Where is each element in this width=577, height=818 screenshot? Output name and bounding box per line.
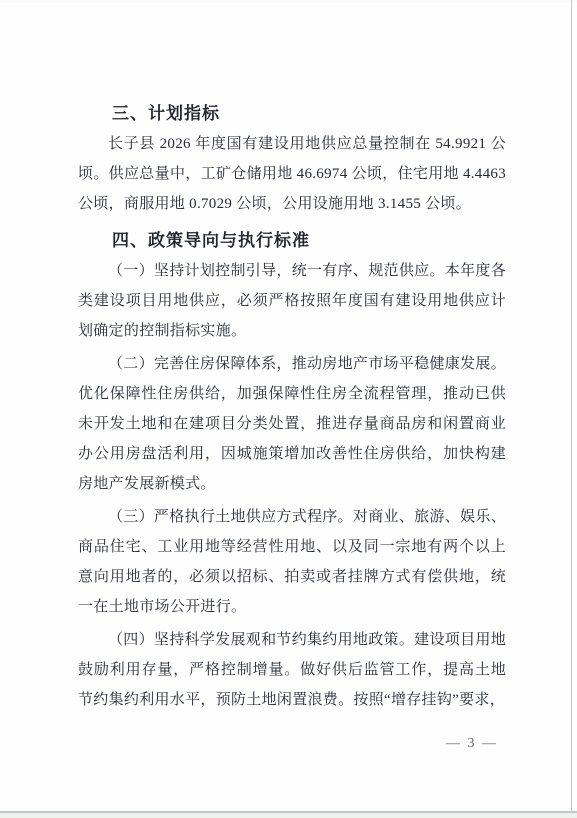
- page-number: — 3 —: [446, 736, 498, 752]
- document-body: 三、计划指标 长子县 2026 年度国有建设用地供应总量控制在 54.9921 …: [78, 99, 506, 715]
- scan-edge-top: [0, 0, 577, 3]
- scan-edge-bottom: [0, 811, 577, 818]
- scanned-document-screenshot: { "page": { "number_label": "— 3 —", "pa…: [0, 0, 577, 818]
- document-page: 三、计划指标 长子县 2026 年度国有建设用地供应总量控制在 54.9921 …: [0, 0, 577, 818]
- paragraph-policy-item-1: （一）坚持计划控制引导，统一有序、规范供应。本年度各类建设项目用地供应，必须严格…: [78, 256, 506, 346]
- paragraph-policy-item-2: （二）完善住房保障体系，推动房地产市场平稳健康发展。优化保障性住房供给，加强保障…: [78, 349, 506, 499]
- paragraph-supply-totals: 长子县 2026 年度国有建设用地供应总量控制在 54.9921 公顷。供应总量…: [78, 129, 506, 219]
- section-heading-policy-guidance: 四、政策导向与执行标准: [78, 226, 506, 256]
- section-heading-plan-indicators: 三、计划指标: [78, 99, 506, 129]
- scan-edge-right: [571, 0, 572, 818]
- paragraph-policy-item-3: （三）严格执行土地供应方式程序。对商业、旅游、娱乐、商品住宅、工业用地等经营性用…: [78, 502, 506, 622]
- paragraph-policy-item-4: （四）坚持科学发展观和节约集约用地政策。建设项目用地鼓励利用存量，严格控制增量。…: [78, 625, 506, 715]
